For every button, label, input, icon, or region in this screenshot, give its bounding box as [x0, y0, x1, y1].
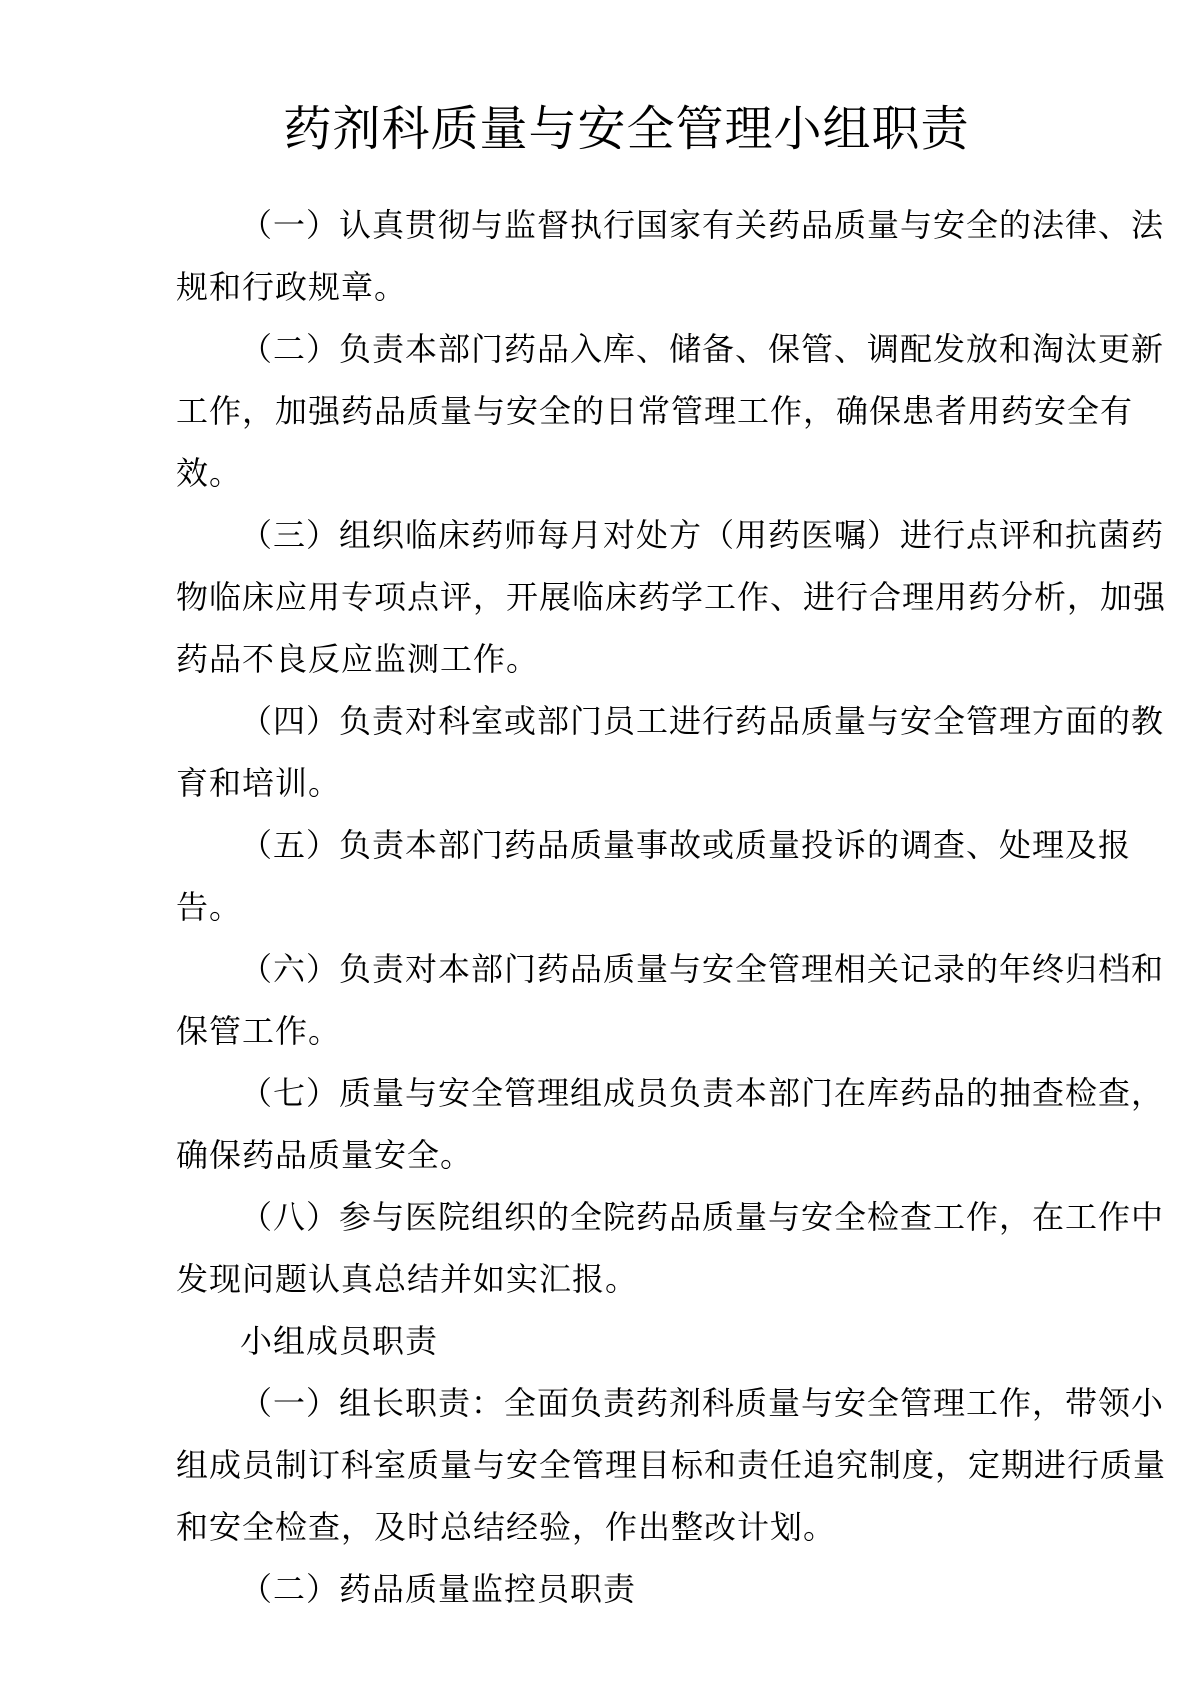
paragraph: （六）负责对本部门药品质量与安全管理相关记录的年终归档和保管工作。 — [176, 938, 1166, 1062]
paragraph: （二）负责本部门药品入库、储备、保管、调配发放和淘汰更新工作，加强药品质量与安全… — [176, 318, 1166, 504]
paragraph: （二）药品质量监控员职责 — [176, 1558, 1166, 1620]
paragraph: （一）认真贯彻与监督执行国家有关药品质量与安全的法律、法规和行政规章。 — [176, 194, 1166, 318]
document-body: （一）认真贯彻与监督执行国家有关药品质量与安全的法律、法规和行政规章。（二）负责… — [176, 194, 1166, 1620]
paragraph: （四）负责对科室或部门员工进行药品质量与安全管理方面的教育和培训。 — [176, 690, 1166, 814]
paragraph: （三）组织临床药师每月对处方（用药医嘱）进行点评和抗菌药物临床应用专项点评，开展… — [176, 504, 1166, 690]
paragraph: （一）组长职责：全面负责药剂科质量与安全管理工作，带领小组成员制订科室质量与安全… — [176, 1372, 1166, 1558]
document-title: 药剂科质量与安全管理小组职责 — [0, 95, 1189, 165]
paragraph: （七）质量与安全管理组成员负责本部门在库药品的抽查检查，确保药品质量安全。 — [176, 1062, 1166, 1186]
paragraph: 小组成员职责 — [176, 1310, 1166, 1372]
document-page: 药剂科质量与安全管理小组职责 （一）认真贯彻与监督执行国家有关药品质量与安全的法… — [0, 0, 1189, 1682]
paragraph: （五）负责本部门药品质量事故或质量投诉的调查、处理及报告。 — [176, 814, 1166, 938]
paragraph: （八）参与医院组织的全院药品质量与安全检查工作，在工作中发现问题认真总结并如实汇… — [176, 1186, 1166, 1310]
